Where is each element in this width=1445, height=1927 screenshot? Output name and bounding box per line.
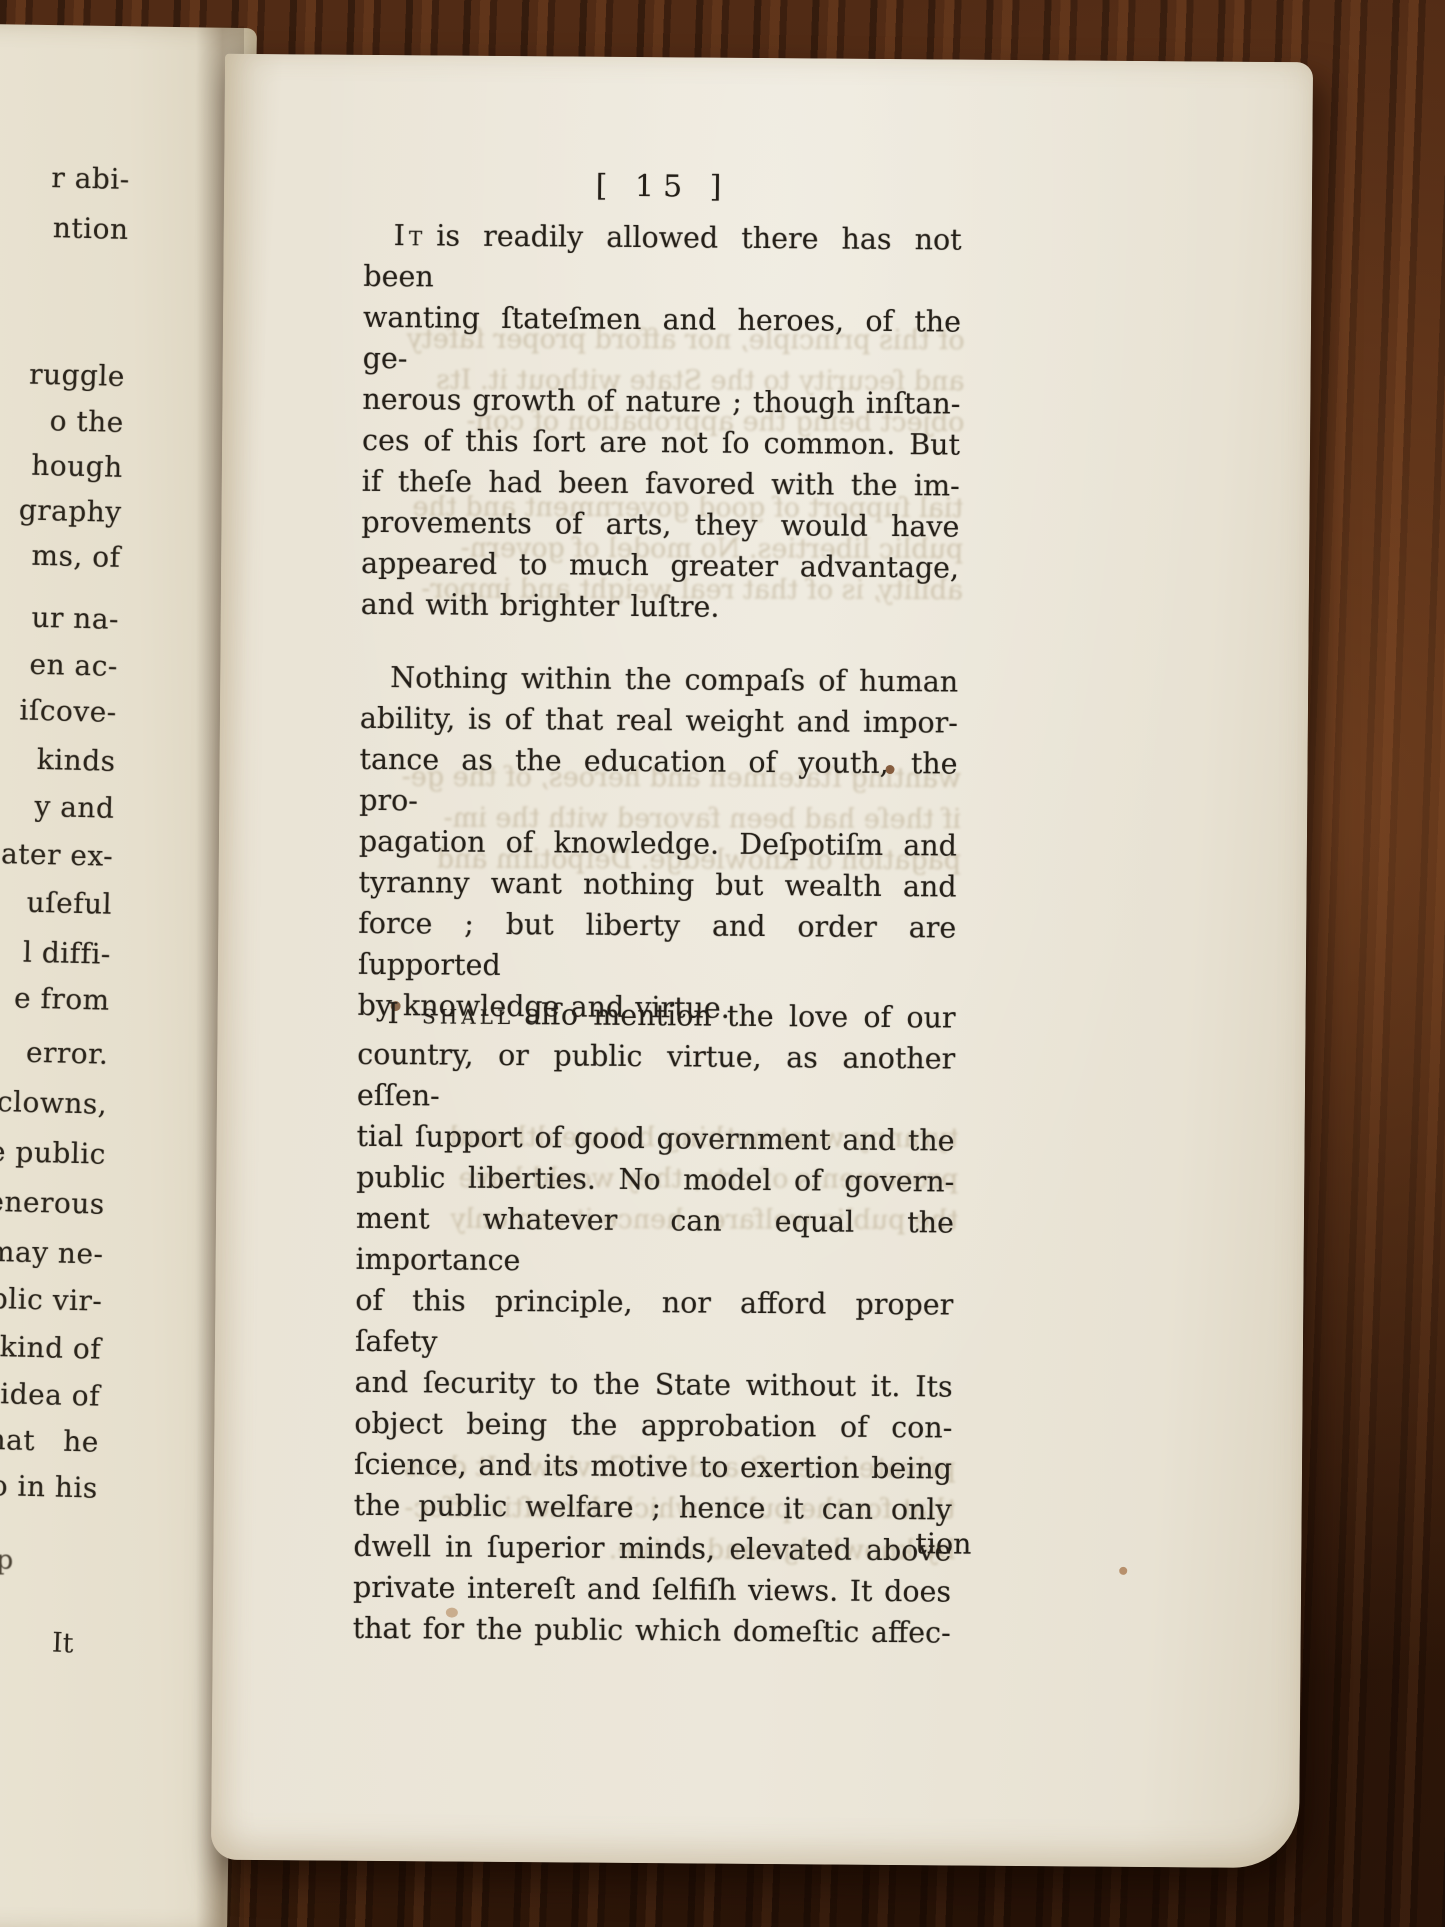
left-page-text-fragment: clowns, xyxy=(0,1087,108,1120)
left-page-text-fragment: blic vir- xyxy=(0,1284,103,1317)
left-page-text-fragment: y and xyxy=(34,792,115,824)
text-line: wanting ſtateſmen and heroes, of the ge- xyxy=(363,297,962,384)
text-line: dwell in ſuperior minds, elevated above xyxy=(353,1526,951,1572)
left-page-text-fragment: e from xyxy=(14,983,110,1015)
text-line: the public welfare ; hence it can only xyxy=(354,1485,952,1531)
text-line: that for the public which domeſtic affec… xyxy=(353,1608,951,1654)
left-page-text-fragment: e public xyxy=(0,1137,106,1170)
left-page-text-fragment: r abi- xyxy=(51,163,130,195)
paragraph-2: Nothing within the compaſs of human abil… xyxy=(357,657,958,1031)
left-page-text-fragment: graphy xyxy=(19,495,122,528)
text-line: force ; but liberty and order are ſuppor… xyxy=(358,903,957,990)
paragraph-lines: country, or public virtue, as another eſ… xyxy=(353,1034,956,1654)
left-page-text-fragment: may ne- xyxy=(0,1237,104,1270)
left-page-text-fragment: kind of xyxy=(0,1332,102,1364)
text-line: provements of arts, they would have xyxy=(361,502,959,548)
paragraph-first-line: alſo mention the love of our xyxy=(524,998,956,1034)
left-page-text-fragment: en ac- xyxy=(29,650,118,682)
text-line: appeared to much greater advantage, xyxy=(361,543,959,589)
text-line: object being the approbation of con- xyxy=(354,1403,952,1449)
text-line: and with brighter luſtre. xyxy=(361,584,959,630)
page-number-header: [ 15 ] xyxy=(364,167,962,207)
paragraph-3: I shallalſo mention the love of our coun… xyxy=(353,993,956,1654)
text-line: tyranny want nothing but wealth and xyxy=(358,862,956,908)
left-page-text-fragment: ms, of xyxy=(31,541,121,573)
text-line: Itis readily allowed there has not been xyxy=(363,215,962,302)
paragraph-lead: It xyxy=(394,219,427,252)
catchword: tion xyxy=(915,1527,971,1560)
text-line: ability, is of that real weight and impo… xyxy=(360,698,958,744)
left-page-text-fragment: iſcove- xyxy=(19,695,117,727)
left-page-text-fragment: ruggle xyxy=(29,360,126,392)
text-line: ſcience, and its motive to exertion bein… xyxy=(354,1444,952,1490)
text-line: pagation of knowledge. Deſpotiſm and xyxy=(359,821,957,867)
left-page-text-fragment: ntion xyxy=(53,213,129,245)
left-page-text-fragment: hough xyxy=(31,451,123,483)
left-page-text-fragment: l diffi- xyxy=(23,938,112,970)
left-page-edge-fragment: p xyxy=(0,1545,13,1576)
left-page-text-fragment: generous xyxy=(0,1186,105,1219)
book-photo: r abi-ntionruggleo thehoughgraphyms, ofu… xyxy=(0,0,1445,1927)
paragraph-1: Itis readily allowed there has not been … xyxy=(361,215,962,630)
text-line: ces of this ſort are not ſo common. But xyxy=(362,420,960,466)
text-line: tance as the education of youth, the pro… xyxy=(359,739,958,826)
paragraph-lines: wanting ſtateſmen and heroes, of the ge-… xyxy=(361,297,962,630)
left-page-text-fragment: idea of xyxy=(0,1379,100,1411)
left-page-text-fragment: uſeful xyxy=(26,888,112,920)
paragraph-lines: ability, is of that real weight and impo… xyxy=(357,698,958,1031)
left-page-text-fragment: ur na- xyxy=(31,603,119,635)
text-line: private intereſt and ſelfiſh views. It d… xyxy=(353,1567,951,1613)
text-line: if theſe had been favored with the im- xyxy=(362,461,960,507)
text-line: Nothing within the compaſs of human xyxy=(360,657,958,703)
left-page-text-fragment: ater ex- xyxy=(1,839,114,872)
left-page-text-fragment: hat he xyxy=(0,1425,99,1458)
text-line: I shallalſo mention the love of our xyxy=(357,993,955,1039)
left-page-text-fragment: o the xyxy=(49,406,124,438)
text-line: public liberties. No model of govern- xyxy=(356,1157,954,1203)
paragraph-first-line: is readily allowed there has not been xyxy=(363,219,962,293)
paragraph-lead: I shall xyxy=(387,997,514,1031)
left-page-text-fragment: error. xyxy=(26,1038,109,1070)
foxing-spot xyxy=(1119,1567,1127,1575)
left-page-text-fragment: o in his xyxy=(0,1471,98,1504)
text-line: of this principle, nor afford proper ſaf… xyxy=(355,1280,954,1367)
right-page: of this principle, nor afford proper ſaf… xyxy=(211,54,1313,1868)
text-line: tial ſupport of good government and the xyxy=(356,1116,954,1162)
left-page-text-fragment: kinds xyxy=(36,745,115,777)
text-column: [ 15 ] Itis readily allowed there has no… xyxy=(364,159,962,164)
text-line: ment whatever can equal the importance xyxy=(355,1198,954,1285)
text-line: and ſecurity to the State without it. It… xyxy=(355,1362,953,1408)
text-line: nerous growth of nature ; though inſtan- xyxy=(362,379,960,425)
left-page-catchword: It xyxy=(51,1628,74,1660)
text-line: country, or public virtue, as another eſ… xyxy=(357,1034,956,1121)
